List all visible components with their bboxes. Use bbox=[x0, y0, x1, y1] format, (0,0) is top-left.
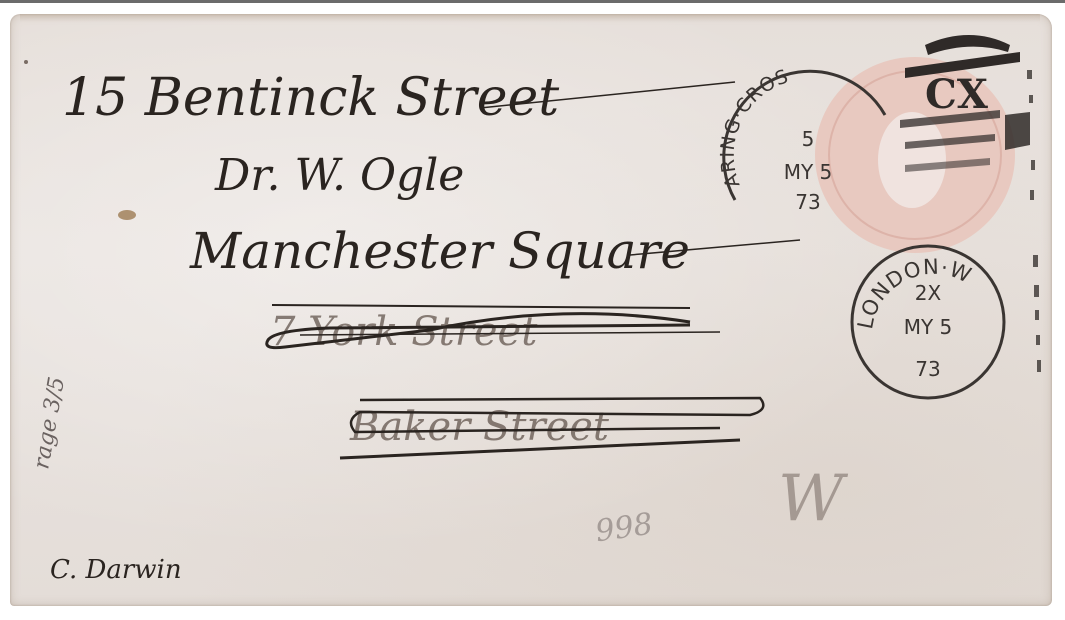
sender-signature: C. Darwin bbox=[50, 555, 182, 585]
envelope-markings: CX ARING·CROS 5 MY 5 73 LONDON·W 2X MY 5… bbox=[0, 0, 1065, 620]
svg-text:73: 73 bbox=[915, 357, 940, 381]
cx-text: CX bbox=[925, 71, 988, 118]
address-line-1: 15 Bentinck Street bbox=[62, 68, 559, 128]
margin-note: rage 3/5 bbox=[29, 375, 70, 471]
pencil-number: 998 bbox=[593, 507, 655, 550]
london-w-postmark: LONDON·W 2X MY 5 73 bbox=[852, 246, 1004, 398]
struck-line-2: Baker Street bbox=[349, 404, 610, 450]
svg-text:2X: 2X bbox=[915, 281, 942, 305]
svg-text:MY 5: MY 5 bbox=[784, 160, 833, 184]
svg-text:73: 73 bbox=[795, 190, 820, 214]
address-line-3: Manchester Square bbox=[189, 222, 690, 280]
stain-spot bbox=[118, 210, 136, 220]
address-line-2: Dr. W. Ogle bbox=[214, 150, 464, 201]
address-block: 15 Bentinck Street Dr. W. Ogle Mancheste… bbox=[62, 68, 800, 280]
svg-text:5: 5 bbox=[802, 127, 815, 151]
pencil-letter: W bbox=[778, 462, 849, 536]
svg-text:MY 5: MY 5 bbox=[904, 315, 953, 339]
struck-address: 7 York Street Baker Street bbox=[267, 305, 764, 458]
svg-text:ARING·CROS: ARING·CROS bbox=[717, 65, 792, 190]
